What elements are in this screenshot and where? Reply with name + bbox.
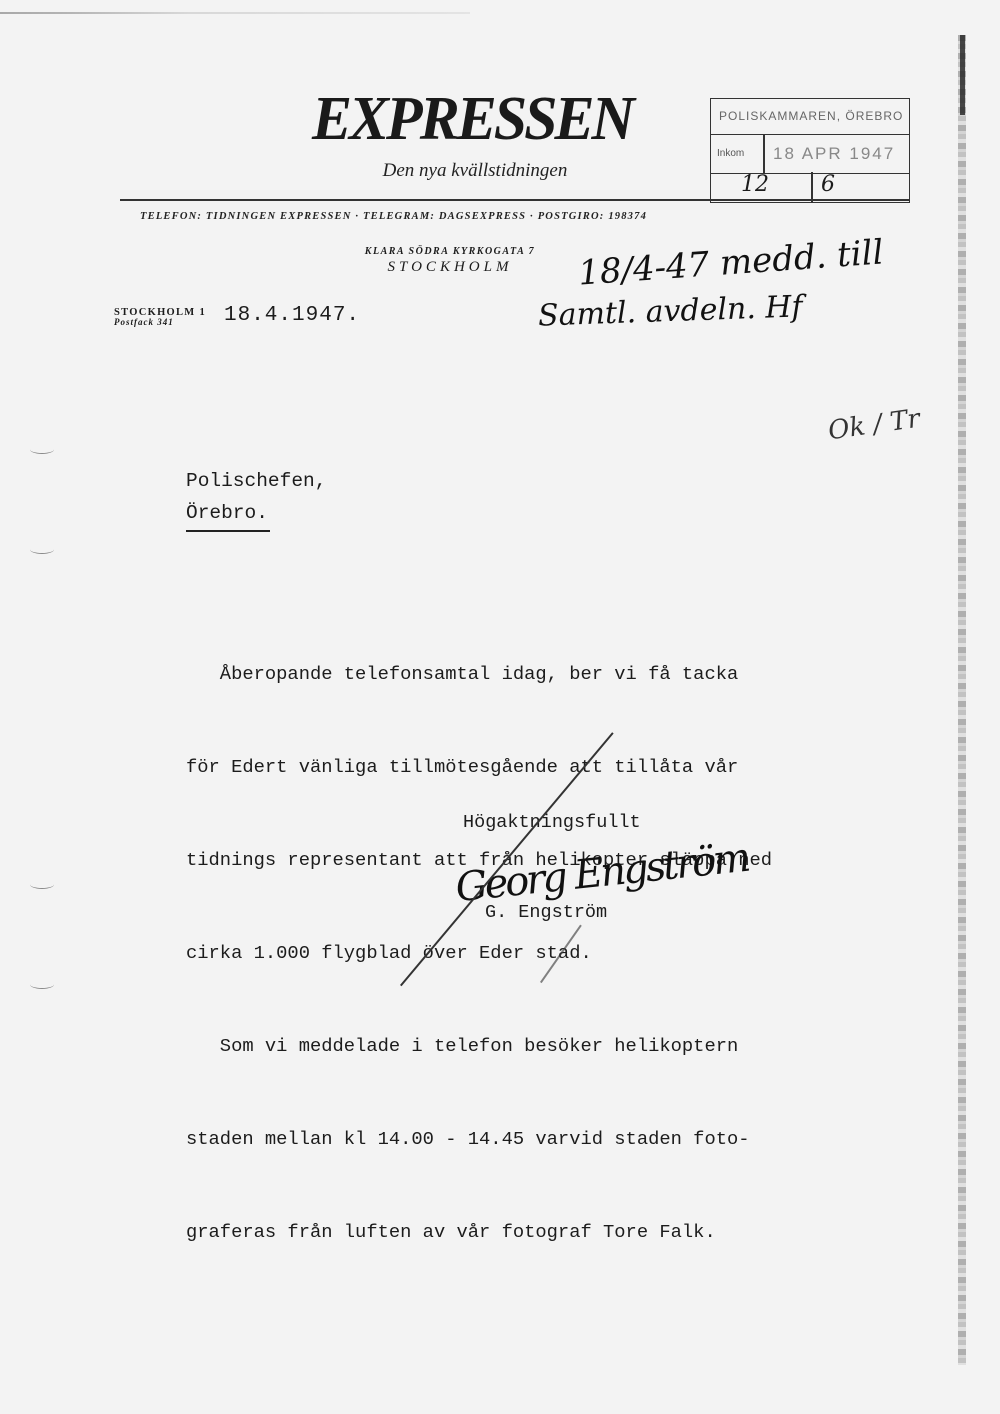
letter-date: 18.4.1947. bbox=[224, 304, 360, 327]
newspaper-logo: EXPRESSEN bbox=[312, 87, 622, 150]
signer-name: G. Engström bbox=[485, 902, 607, 923]
letter-page: EXPRESSEN Den nya kvällstidningen TELEFO… bbox=[0, 0, 1000, 1414]
recipient-city: Örebro. bbox=[186, 497, 326, 529]
body-line: staden mellan kl 14.00 - 14.45 varvid st… bbox=[186, 1124, 846, 1155]
body-line: Åberopande telefonsamtal idag, ber vi få… bbox=[186, 659, 846, 690]
page-edge-top bbox=[0, 12, 470, 14]
body-line: graferas från luften av vår fotograf Tor… bbox=[186, 1217, 846, 1248]
stamp-header-row: POLISKAMMAREN, ÖREBRO bbox=[710, 98, 910, 135]
body-line: cirka 1.000 flygblad över Eder stad. bbox=[186, 938, 846, 969]
recipient-title: Polischefen, bbox=[186, 465, 326, 497]
body-line: för Edert vänliga tillmötesgående att ti… bbox=[186, 752, 846, 783]
page-edge-right bbox=[958, 35, 966, 1365]
punch-hole-mark bbox=[30, 545, 54, 554]
recipient-block: Polischefen, Örebro. bbox=[186, 465, 326, 529]
address-city: STOCKHOLM bbox=[340, 259, 560, 276]
letter-body: Åberopande telefonsamtal idag, ber vi få… bbox=[186, 597, 846, 1310]
stamp-divider bbox=[811, 172, 813, 202]
handwritten-margin-note: Ok / Tr bbox=[826, 404, 921, 447]
sender-postal-info: STOCKHOLM 1 Postfack 341 bbox=[114, 307, 206, 327]
punch-hole-mark bbox=[30, 445, 54, 454]
punch-hole-mark bbox=[30, 980, 54, 989]
body-line: Som vi meddelade i telefon besöker helik… bbox=[186, 1031, 846, 1062]
stamp-received-label: Inkom bbox=[717, 148, 744, 159]
closing-salutation: Högaktningsfullt bbox=[463, 812, 641, 833]
newspaper-tagline: Den nya kvällstidningen bbox=[330, 160, 620, 182]
stamp-reg-sub: 6 bbox=[821, 172, 835, 197]
handwritten-note-line2: Samtl. avdeln. Hf bbox=[537, 289, 803, 333]
handwritten-note-line1: 18/4-47 medd. till bbox=[577, 232, 885, 293]
stamp-date-row: Inkom 18 APR 1947 bbox=[710, 134, 910, 174]
stamp-received-date: 18 APR 1947 bbox=[773, 144, 895, 164]
stamp-authority: POLISKAMMAREN, ÖREBRO bbox=[719, 109, 903, 123]
sender-address: KLARA SÖDRA KYRKOGATA 7 STOCKHOLM bbox=[340, 246, 560, 276]
received-stamp: POLISKAMMAREN, ÖREBRO Inkom 18 APR 1947 … bbox=[710, 92, 910, 204]
address-street: KLARA SÖDRA KYRKOGATA 7 bbox=[340, 246, 560, 257]
stamp-reg-number: 12 bbox=[741, 172, 769, 197]
contact-line: TELEFON: TIDNINGEN EXPRESSEN · TELEGRAM:… bbox=[140, 211, 920, 222]
stamp-number-row: 12 6 bbox=[710, 172, 910, 203]
recipient-underline bbox=[186, 530, 270, 532]
sender-postbox: Postfack 341 bbox=[114, 318, 206, 327]
page-edge-right-shadow bbox=[960, 35, 965, 115]
stamp-divider bbox=[763, 135, 765, 173]
punch-hole-mark bbox=[30, 880, 54, 889]
